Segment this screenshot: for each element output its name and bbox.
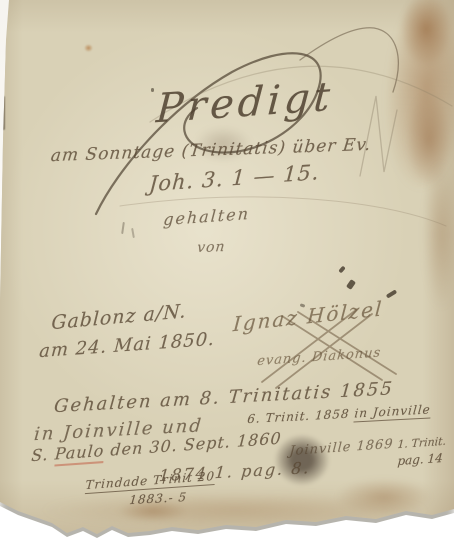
date-line: am 24. Mai 1850.: [39, 329, 216, 362]
note-line-5-below: 1883.- 5: [129, 490, 188, 507]
pencil-tick: [131, 228, 135, 238]
stain-rust-dot: [84, 44, 93, 52]
note-line-3-page-ref: pag. 14: [397, 451, 443, 468]
place-line: Gablonz a/N.: [51, 300, 187, 334]
signature-title: evang. Diakonus: [256, 345, 381, 369]
ink-fleck: [386, 289, 397, 298]
ink-fleck: [346, 279, 356, 290]
left-edge-mark: [2, 96, 5, 130]
stain-top-right-core: [400, 0, 452, 66]
stain-right-edge-lower: [424, 160, 454, 310]
stain-bottom-right: [336, 478, 432, 516]
scripture-reference: Joh. 3. 1 — 15.: [148, 160, 320, 196]
delivered-word: gehalten: [163, 204, 251, 229]
note-line-2-right-underlined: in Joinville: [354, 402, 432, 422]
stain-bottom-band: [40, 492, 430, 528]
note-line-2-right: 6. Trinit. 1858 in Joinville: [247, 402, 432, 426]
note-line-3-paulo-red-underline: Paulo: [54, 441, 105, 467]
signature-name: Ignaz Hölzel: [232, 296, 384, 336]
note-line-5-underlined: Trindade Trinit 20: [85, 469, 216, 494]
stain-right-edge-mid: [406, 92, 452, 187]
ink-fleck: [338, 266, 346, 274]
ink-fleck: [151, 88, 154, 92]
stain-top-right-band: [378, 0, 454, 194]
note-line-3-right-small: 1. Trinit.: [397, 435, 446, 451]
page-title: Predigt: [155, 74, 336, 133]
pencil-tick: [121, 222, 125, 234]
manuscript-page: Predigt am Sonntage (Trinitatis) über Ev…: [0, 0, 454, 545]
note-line-2-right-text: 6. Trinit. 1858: [247, 407, 350, 426]
note-line-3-prefix: S.: [31, 445, 50, 465]
occasion-line: am Sonntage (Trinitatis) über Ev.: [50, 135, 372, 166]
by-word: von: [196, 239, 226, 256]
note-line-3-right: Joinville 1869: [289, 437, 394, 459]
scanned-manuscript-screenshot: Predigt am Sonntage (Trinitatis) über Ev…: [0, 0, 454, 545]
